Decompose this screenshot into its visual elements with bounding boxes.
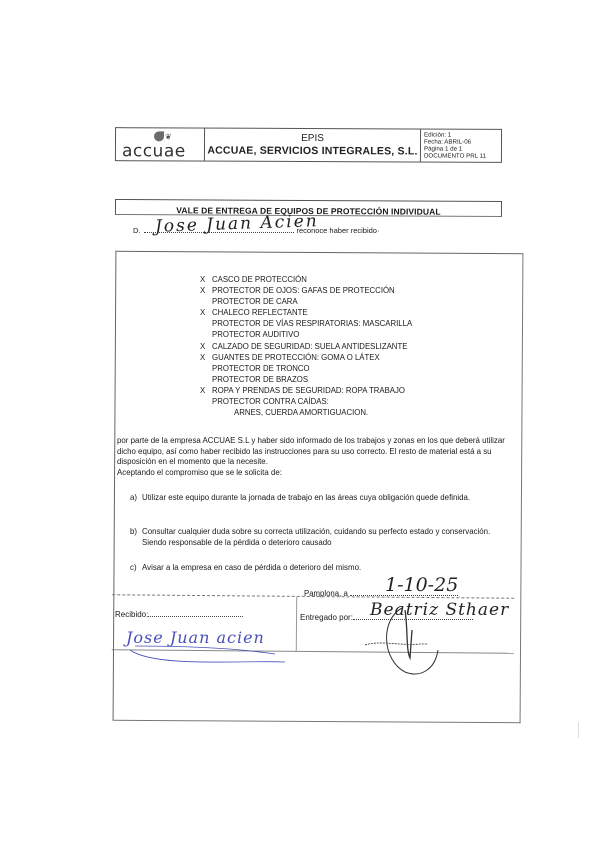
checkbox-mark[interactable]: X	[200, 285, 212, 296]
logo-drop-icon	[154, 131, 164, 141]
checklist-item: PROTECTOR DE TRONCO	[200, 363, 412, 374]
checklist-item: XPROTECTOR DE OJOS: GAFAS DE PROTECCIÓN	[200, 285, 412, 296]
checklist-item: PROTECTOR DE CARA	[200, 296, 412, 307]
checklist-item-label: PROTECTOR DE BRAZOS	[212, 375, 308, 384]
checklist-item-label: CHALECO REFLECTANTE	[212, 308, 308, 317]
delivered-label: Entregado por:	[300, 613, 353, 622]
checklist-item-label: PROTECTOR DE VÍAS RESPIRATORIAS: MASCARI…	[212, 319, 412, 328]
received-label: Recibido:	[115, 610, 148, 619]
checklist-item-label: ROPA Y PRENDAS DE SEGURIDAD: ROPA TRABAJ…	[212, 386, 405, 395]
received-signature-underline-icon	[125, 640, 295, 670]
accept-line: Aceptando el compromiso que se le solici…	[117, 468, 509, 479]
header-company-name: ACCUAE, SERVICIOS INTEGRALES, S.L.	[205, 145, 420, 158]
logo-text: accuae	[122, 141, 186, 161]
checklist-item-label: PROTECTOR CONTRA CAÍDAS:	[212, 397, 329, 406]
scan-artifact	[578, 722, 579, 738]
checkbox-mark[interactable]: X	[200, 385, 212, 396]
checklist-item: PROTECTOR AUDITIVO	[200, 329, 412, 340]
checkbox-mark[interactable]: X	[200, 274, 212, 285]
signature-divider	[296, 597, 297, 651]
checklist-item: PROTECTOR DE VÍAS RESPIRATORIAS: MASCARI…	[200, 318, 412, 329]
statement-text: por parte de la empresa ACCUAE S.L y hab…	[117, 436, 509, 468]
commitment-b: b)Consultar cualquier duda sobre su corr…	[130, 527, 505, 548]
received-line: Recibido:	[115, 610, 243, 619]
document-header: ❦ accuae EPIS ACCUAE, SERVICIOS INTEGRAL…	[115, 127, 502, 163]
received-signature-field[interactable]	[148, 616, 243, 617]
meta-document: DOCUMENTO PRL 11	[424, 153, 498, 160]
checkbox-mark[interactable]: X	[200, 352, 212, 363]
equipment-checklist: XCASCO DE PROTECCIÓNXPROTECTOR DE OJOS: …	[200, 274, 412, 418]
checklist-item-label: CASCO DE PROTECCIÓN	[212, 275, 307, 284]
commitment-text: Avisar a la empresa en caso de pérdida o…	[142, 563, 497, 574]
statement-paragraph: por parte de la empresa ACCUAE S.L y hab…	[117, 436, 509, 478]
checklist-item: XGUANTES DE PROTECCIÓN: GOMA O LÁTEX	[200, 352, 412, 363]
checklist-item-label: GUANTES DE PROTECCIÓN: GOMA O LÁTEX	[212, 353, 380, 362]
header-title-line1: EPIS	[205, 133, 420, 145]
checklist-item-label: PROTECTOR AUDITIVO	[212, 330, 299, 339]
checklist-item: XCHALECO REFLECTANTE	[200, 307, 412, 318]
recipient-prefix: D.	[133, 226, 141, 235]
commitment-label: b)	[130, 527, 142, 538]
commitment-a: a)Utilizar este equipo durante la jornad…	[130, 493, 505, 504]
commitment-label: a)	[130, 493, 142, 504]
checklist-item: XCASCO DE PROTECCIÓN	[200, 274, 412, 285]
checklist-item: XROPA Y PRENDAS DE SEGURIDAD: ROPA TRABA…	[200, 385, 412, 396]
checklist-item: PROTECTOR DE BRAZOS	[200, 374, 412, 385]
checklist-item-label: PROTECTOR DE CARA	[212, 297, 298, 306]
commitment-text: Consultar cualquier duda sobre su correc…	[142, 527, 497, 548]
checklist-item-label: PROTECTOR DE OJOS: GAFAS DE PROTECCIÓN	[212, 286, 395, 295]
checklist-item: ARNES, CUERDA AMORTIGUACION.	[200, 407, 412, 418]
delivered-signature-scribble-icon	[360, 600, 500, 680]
commitment-label: c)	[130, 563, 142, 574]
commitment-c: c)Avisar a la empresa en caso de pérdida…	[130, 563, 505, 574]
logo-leaf-icon: ❦	[165, 132, 172, 141]
checklist-item-label: CALZADO DE SEGURIDAD: SUELA ANTIDESLIZAN…	[212, 342, 407, 351]
header-title: EPIS ACCUAE, SERVICIOS INTEGRALES, S.L.	[205, 129, 421, 162]
checklist-item: XCALZADO DE SEGURIDAD: SUELA ANTIDESLIZA…	[200, 341, 412, 352]
checklist-item-label: ARNES, CUERDA AMORTIGUACION.	[212, 408, 368, 417]
handwritten-date: 1-10-25	[385, 574, 458, 596]
header-meta: Edición: 1 Fecha: ABRIL-06 Página 1 de 1…	[421, 129, 501, 161]
commitment-text: Utilizar este equipo durante la jornada …	[142, 493, 497, 504]
checklist-item-label: PROTECTOR DE TRONCO	[212, 364, 310, 373]
checkbox-mark[interactable]: X	[200, 307, 212, 318]
checkbox-mark[interactable]: X	[200, 341, 212, 352]
company-logo: ❦ accuae	[116, 128, 205, 160]
checklist-item: PROTECTOR CONTRA CAÍDAS:	[200, 396, 412, 407]
